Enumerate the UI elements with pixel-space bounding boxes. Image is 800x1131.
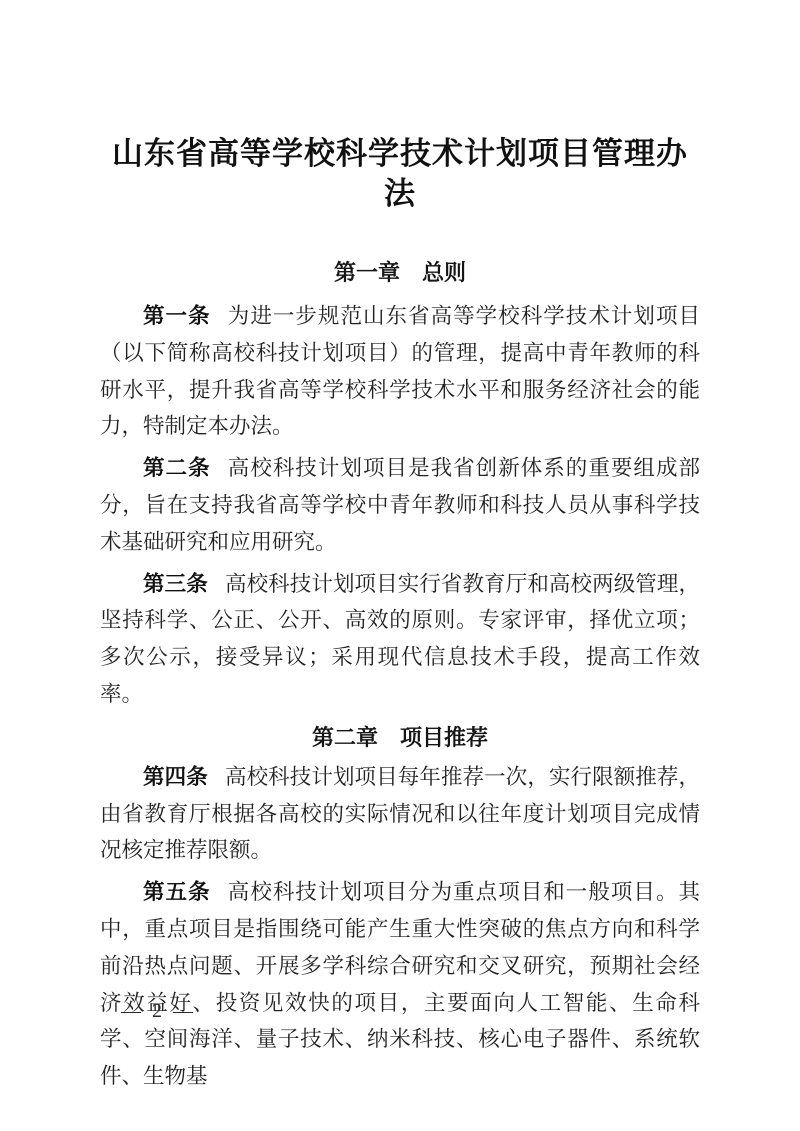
article-label-1: 第一条 (143, 304, 211, 328)
chapter-heading-project-recommendation: 第二章 项目推荐 (100, 723, 700, 753)
article-label-2: 第二条 (143, 456, 211, 480)
article-paragraph-4: 第四条高校科技计划项目每年推荐一次，实行限额推荐，由省教育厅根据各高校的实际情况… (100, 759, 700, 869)
article-label-5: 第五条 (143, 880, 211, 904)
article-label-3: 第三条 (143, 572, 208, 596)
document-title: 山东省高等学校科学技术计划项目管理办法 (100, 0, 700, 214)
document-page: 山东省高等学校科学技术计划项目管理办法 第一章 总则 第一条为进一步规范山东省高… (0, 0, 800, 1131)
document-content: 山东省高等学校科学技术计划项目管理办法 第一章 总则 第一条为进一步规范山东省高… (0, 0, 800, 1095)
article-label-4: 第四条 (143, 765, 208, 789)
article-text-5: 高校科技计划项目分为重点项目和一般项目。其中，重点项目是指围绕可能产生重大性突破… (100, 880, 700, 1088)
article-paragraph-1: 第一条为进一步规范山东省高等学校科学技术计划项目（以下简称高校科技计划项目）的管… (100, 298, 700, 445)
article-paragraph-3: 第三条高校科技计划项目实行省教育厅和高校两级管理，坚持科学、公正、公开、高效的原… (100, 566, 700, 713)
chapter-heading-general-provisions: 第一章 总则 (100, 258, 700, 288)
article-paragraph-5: 第五条高校科技计划项目分为重点项目和一般项目。其中，重点项目是指围绕可能产生重大… (100, 874, 700, 1095)
article-paragraph-2: 第二条高校科技计划项目是我省创新体系的重要组成部分，旨在支持我省高等学校中青年教… (100, 450, 700, 560)
page-number: — 2 — (121, 1000, 196, 1023)
